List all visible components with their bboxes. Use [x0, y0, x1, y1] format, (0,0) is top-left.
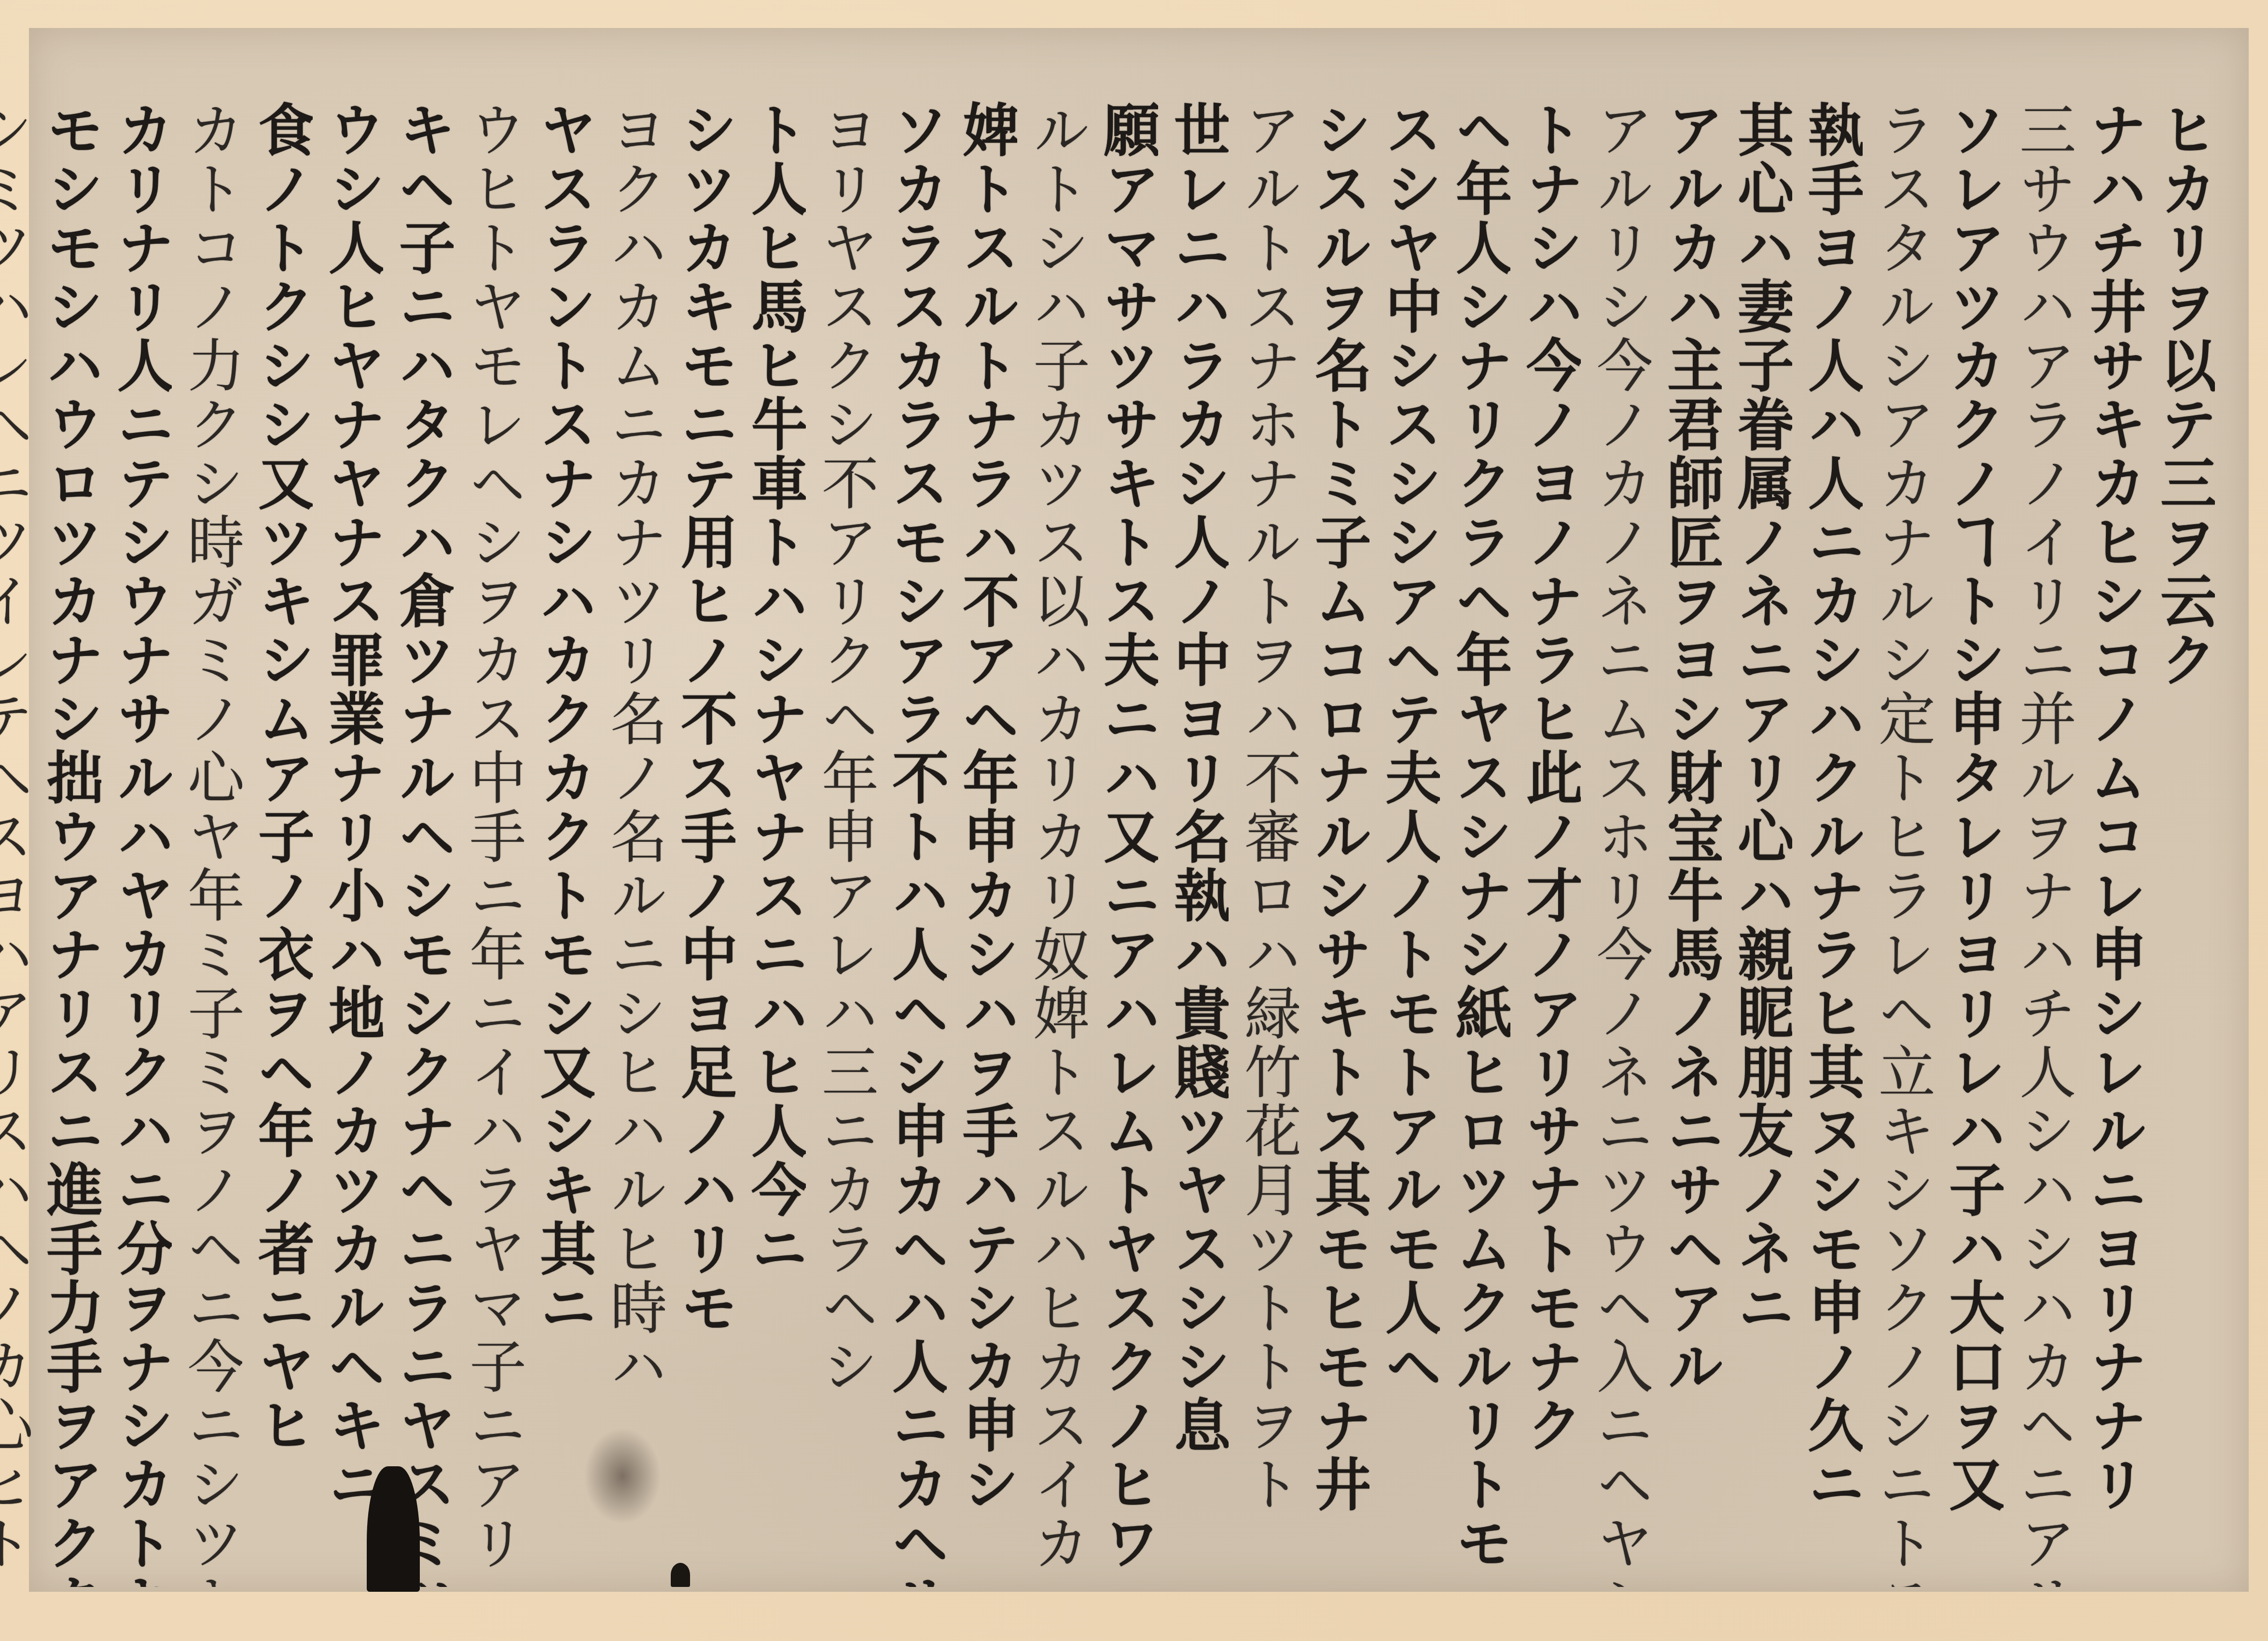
- text-column-5: ラスタルシアカナルシ定トヒラレヘ立キシソクノシニトス人: [1871, 100, 1933, 1587]
- text-column-20: ヨリヤスクシ不アリクヘ年申アレハ三ニカラヘシ: [815, 100, 876, 1587]
- text-column-8: アルカハ主君師匠ヲヨシ財宝牛馬ノネニサヘアル: [1660, 100, 1722, 1587]
- ink-blot-small: [671, 1563, 690, 1587]
- manuscript-sheet: ヒカリヲ以テ三ヲ云ク ナハチ井サキカヒシコノムコレ申シレルニヨリナナリ 三サウハ…: [29, 28, 2249, 1592]
- text-column-17: ルトシハ子カツス以ハカリカリ奴婢トスルハヒカスイカハ奴: [1026, 100, 1088, 1587]
- text-column-25: ウヒトヤモレヘシヲカス中手ニ年ニイハラヤマ子ニアリ: [462, 100, 524, 1587]
- text-column-11: ヘ年人シナリクラヘ年ヤスシナシ紙ヒロツムクルリトモ: [1449, 100, 1510, 1587]
- text-columns: ヒカリヲ以テ三ヲ云ク ナハチ井サキカヒシコノムコレ申シレルニヨリナナリ 三サウハ…: [0, 100, 2215, 1587]
- text-column-21: ト人ヒ馬ヒ牛車トハシナヤナスニハヒ人今ニ: [744, 100, 806, 1587]
- text-column-19: ソカラスカラスモシアラ不トハ人ヘシ申カヘハ人ニカヘリニ: [885, 100, 947, 1587]
- text-column-6: 執手ヨノ人ハ人ニカシハクルナラヒ其ヌシモ申ノ久ニ: [1801, 100, 1863, 1587]
- ink-smudge: [584, 1428, 661, 1524]
- text-column-32: シミツハレヘニツイレテヘスヨハアリスハヘノカ心ヒトコ: [0, 100, 31, 1587]
- text-column-31: モシモシハウロツカナシ拙ウアナリスニ進手力手ヲアクタ: [40, 100, 101, 1587]
- text-column-9: アルリシ今ノカノネニムスホリ今ノネニツウヘ入ニヘヤシ: [1590, 100, 1651, 1587]
- text-column-30: カリナリ人ニテシウナサルハヤカリクハニ分ヲナシカトキ: [110, 100, 172, 1587]
- text-column-3: 三サウハアラノイリニ并ルヲナハチ人シハシハカヘニアリ: [2012, 100, 2074, 1587]
- ink-blot: [367, 1466, 420, 1592]
- text-column-23: ヨクハカムニカナツリ名ノ名ルニシヒハルヒ時ハ: [603, 100, 665, 1587]
- text-column-29: カトコノ力クシ時ガミノ心ヤ年ミ子ミヲノヘニ今ニシツキ: [180, 100, 242, 1587]
- text-column-27: ウシ人ヒヤナヤナス罪業ナリ小ハ地ノカツカルヘキニ: [321, 100, 383, 1587]
- text-column-4: ソレアツカクノヿトシ申タレリヨリレハ子ハ大口ヲ又: [1942, 100, 2004, 1587]
- text-column-1: ヒカリヲ以テ三ヲ云ク: [2153, 100, 2215, 1587]
- text-column-12: スシヤ中シスシシアヘテ夫人ノトモトアルモ人ヘ: [1378, 100, 1440, 1587]
- text-column-22: シツカキモニテ用ヒノ不ス手ノ中ヨ足ノハリモ: [674, 100, 735, 1587]
- text-column-16: 願アマサツサキトス夫ニハ又ニアハレムトヤスクノヒワ: [1096, 100, 1158, 1587]
- text-column-10: トナシハ今ノヨノナラヒ此ノ才ノアリサナトモナク: [1519, 100, 1581, 1587]
- text-column-28: 食ノトクシシ又ツキシムア子ノ衣ヲヘ年ノ者ニヤヒ: [251, 100, 313, 1587]
- text-column-2: ナハチ井サキカヒシコノムコレ申シレルニヨリナナリ: [2083, 100, 2144, 1587]
- text-column-14: アルトスナホナルトヲハ不審ロハ緑竹花月ツトトヲト: [1237, 100, 1299, 1587]
- text-column-13: シスルヲ名トミ子ムコロナルシサキトス其モヒモナ井: [1308, 100, 1369, 1587]
- text-column-24: ヤスラントスナシハカクカクトモシ又シキ其ニ: [533, 100, 595, 1587]
- text-column-18: 婢トスルトナラハ不アヘ年申カシハヲ手ハテシカ申シ: [955, 100, 1017, 1587]
- text-column-15: 世レニハラカシ人ノ中ヨリ名執ハ貴賤ツヤスシシ息: [1167, 100, 1229, 1587]
- text-column-7: 其心ハ妻子眷属ノネニアリ心ハ親眤朋友ノネニ: [1730, 100, 1792, 1587]
- text-column-26: キヘ子ニハタクハ倉ツナルヘシモシクナヘニラニヤスミツ: [392, 100, 454, 1587]
